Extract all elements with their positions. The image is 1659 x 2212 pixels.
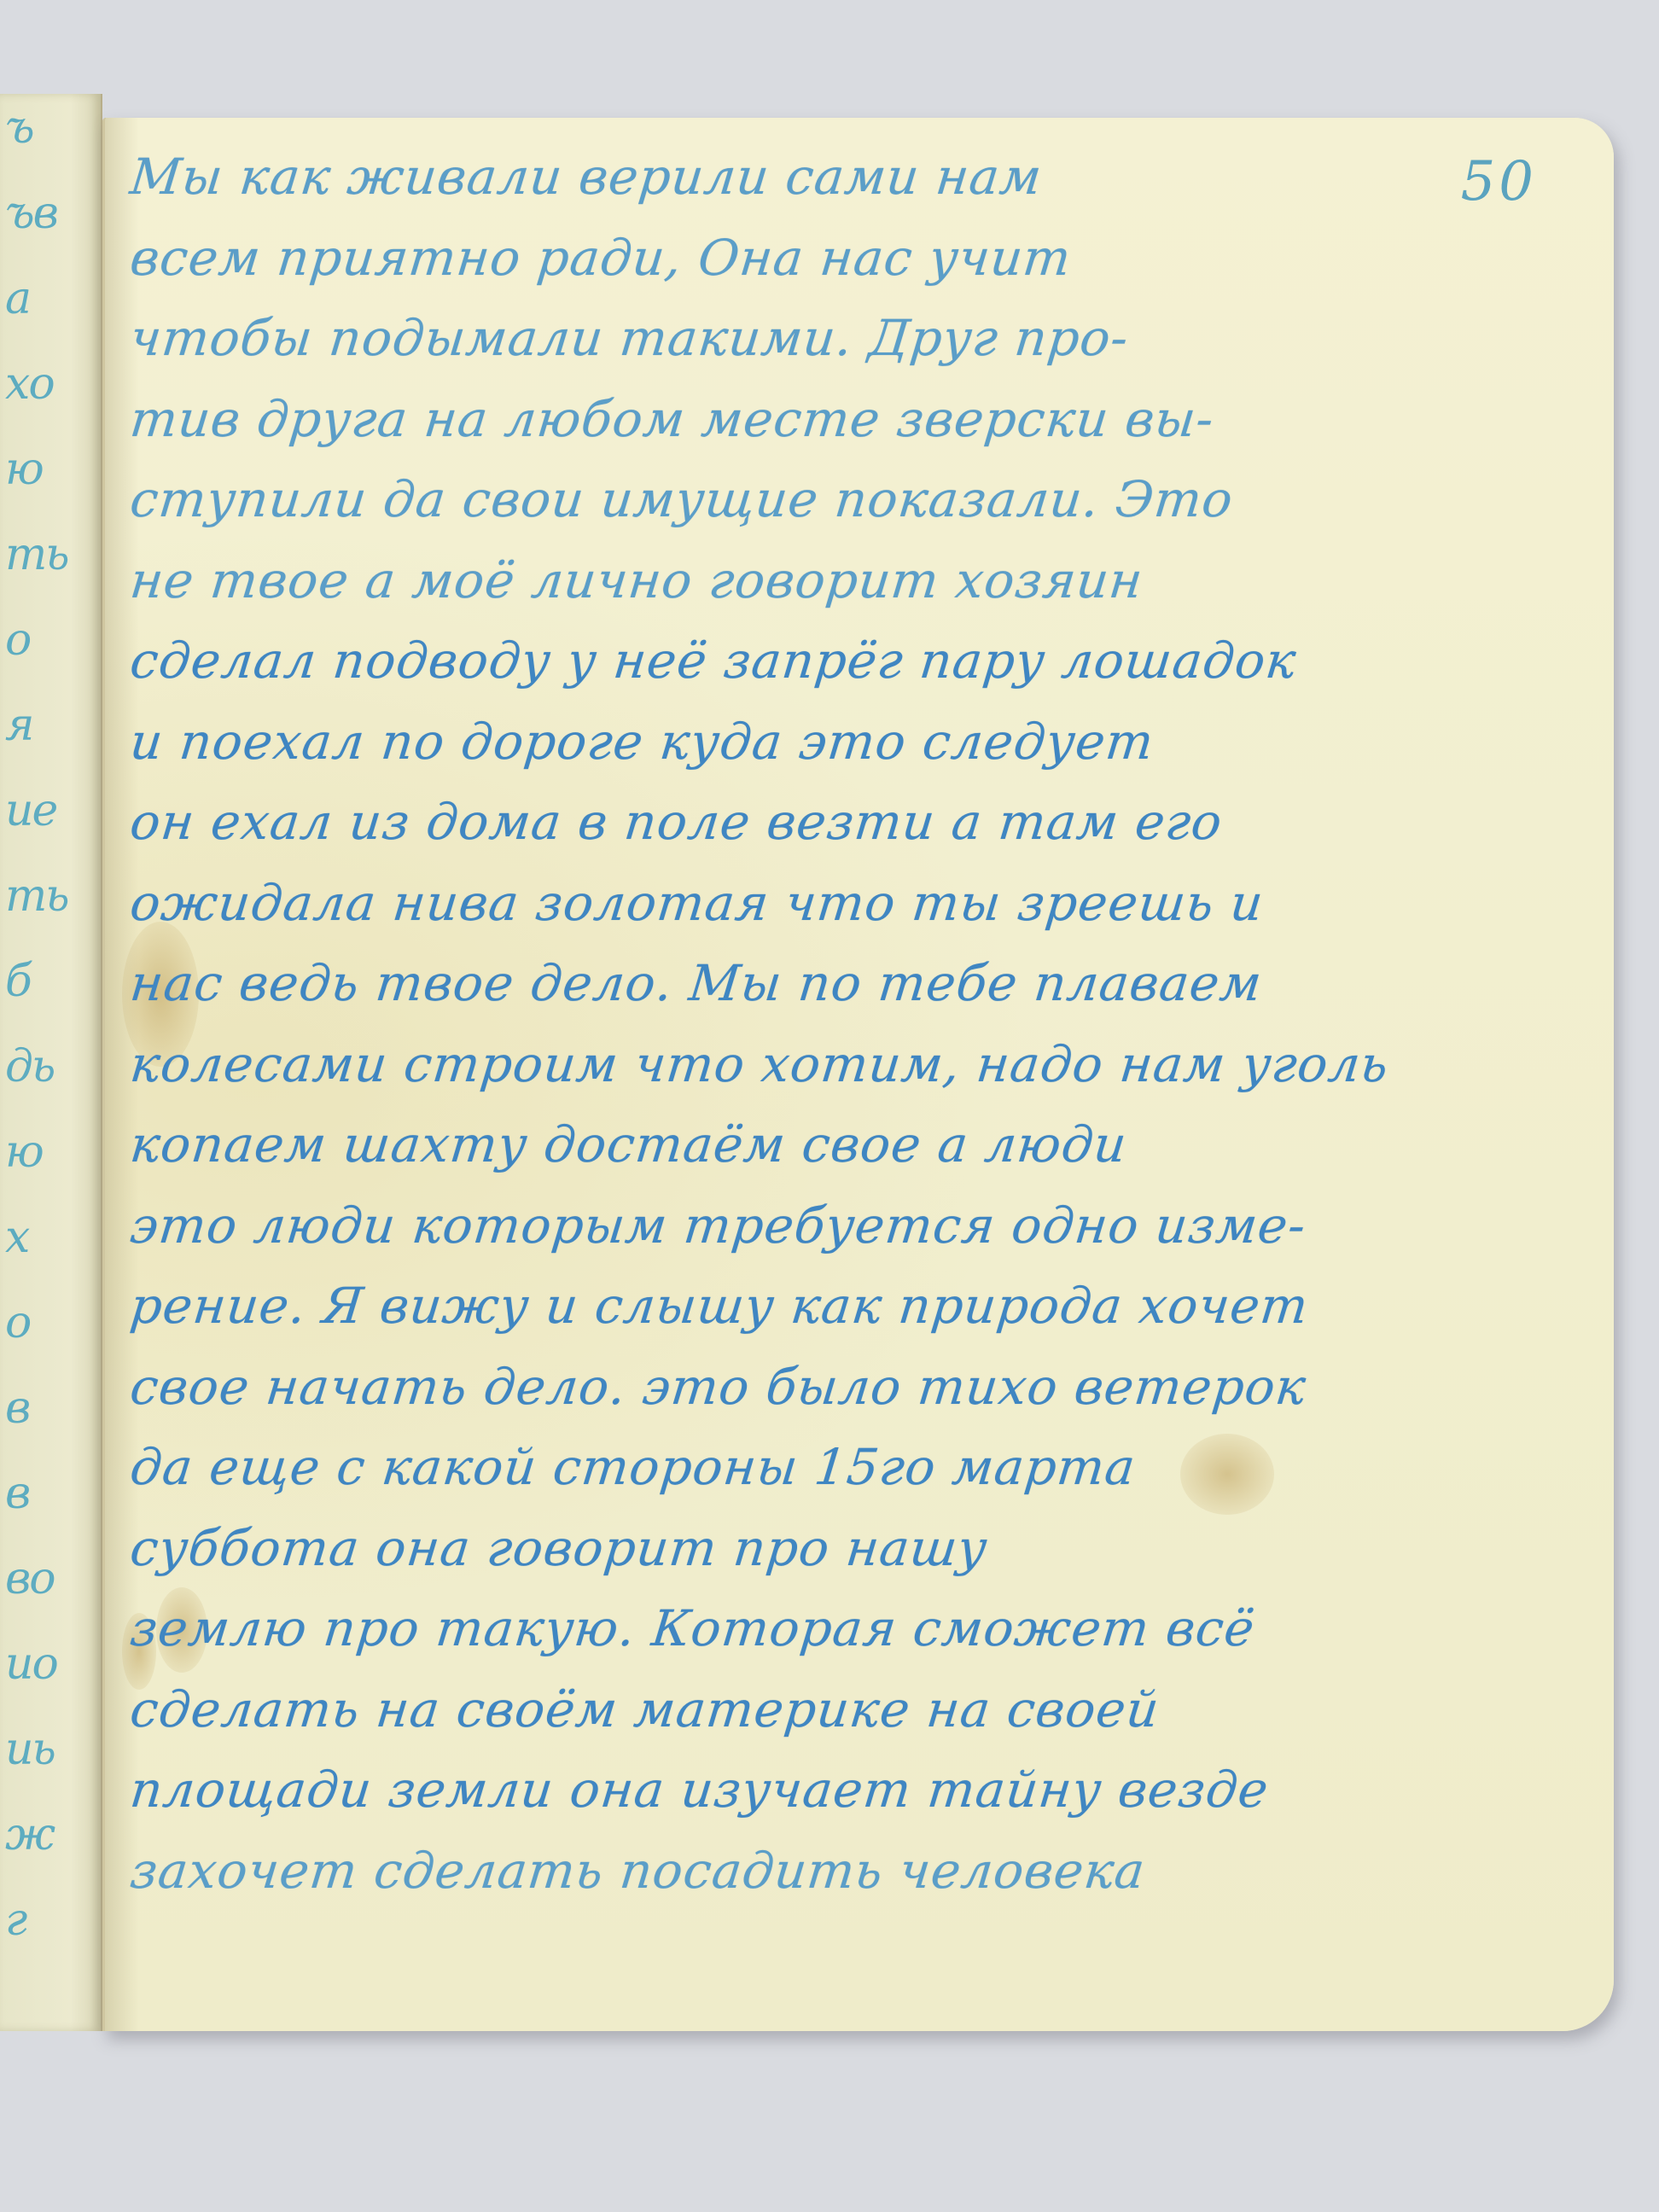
text-line: копаем шахту достаём свое а люди (126, 1104, 1551, 1185)
text-line: не твое а моё лично говорит хозяин (126, 540, 1551, 621)
left-page-fragment: ъ ъв а хо ю ть о я ие ть б дь ю х о в в … (0, 94, 102, 2031)
text-line: землю про такую. Которая сможет всё (126, 1588, 1551, 1669)
text-line: суббота она говорит про нашу (126, 1508, 1551, 1589)
left-page-text: ть (5, 870, 68, 922)
left-page-text: ъв (5, 188, 57, 239)
left-page-text: г (5, 1895, 26, 1946)
left-page-text: ио (5, 1639, 57, 1690)
text-line: площади земли она изучает тайну везде (126, 1749, 1551, 1831)
left-page-text: х (5, 1212, 28, 1263)
left-page-text: ю (5, 444, 43, 495)
left-page-text: я (5, 700, 32, 751)
text-line: Мы как живали верили сами нам (126, 137, 1551, 218)
left-page-text: ю (5, 1126, 43, 1178)
left-page-text: ие (5, 785, 56, 836)
text-line: сделал подводу у неё запрёг пару лошадок (126, 620, 1551, 701)
left-page-text: ж (5, 1809, 54, 1860)
text-line: свое начать дело. это было тихо ветерок (126, 1347, 1551, 1428)
left-page-text: б (5, 956, 31, 1007)
text-line: да еще с какой стороны 15го марта (126, 1427, 1551, 1508)
left-page-text: иь (5, 1724, 55, 1775)
text-line: ступили да свои имущие показали. Это (126, 459, 1551, 540)
text-line: и поехал по дороге куда это следует (126, 701, 1551, 783)
left-page-text: а (5, 273, 30, 324)
handwritten-text: Мы как живали верили сами нам всем прият… (131, 137, 1547, 1911)
notebook-page: 50 Мы как живали верили сами нам всем пр… (102, 118, 1614, 2031)
text-line: он ехал из дома в поле везти а там его (126, 782, 1551, 863)
text-line: ожидала нива золотая что ты зреешь и (126, 863, 1551, 944)
text-line: всем приятно ради, Она нас учит (126, 218, 1551, 299)
text-line: захочет сделать посадить человека (126, 1831, 1551, 1912)
left-page-text: о (5, 614, 30, 666)
text-line: чтобы подымали такими. Друг про- (126, 298, 1551, 379)
left-page-text: в (5, 1382, 29, 1434)
text-line: нас ведь твое дело. Мы по тебе плаваем (126, 943, 1551, 1024)
left-page-text: в (5, 1468, 29, 1519)
text-line: это люди которым требуется одно изме- (126, 1185, 1551, 1266)
text-line: тив друга на любом месте зверски вы- (126, 379, 1551, 460)
left-page-text: о (5, 1297, 30, 1348)
left-page-text: ъ (5, 102, 33, 154)
left-page-text: хо (5, 358, 54, 410)
text-line: рение. Я вижу и слышу как природа хочет (126, 1266, 1551, 1347)
left-page-text: ть (5, 529, 68, 580)
left-page-text: во (5, 1553, 55, 1604)
text-line: колесами строим что хотим, надо нам угол… (126, 1024, 1551, 1105)
text-line: сделать на своём материке на своей (126, 1669, 1551, 1750)
left-page-text: дь (5, 1041, 54, 1092)
